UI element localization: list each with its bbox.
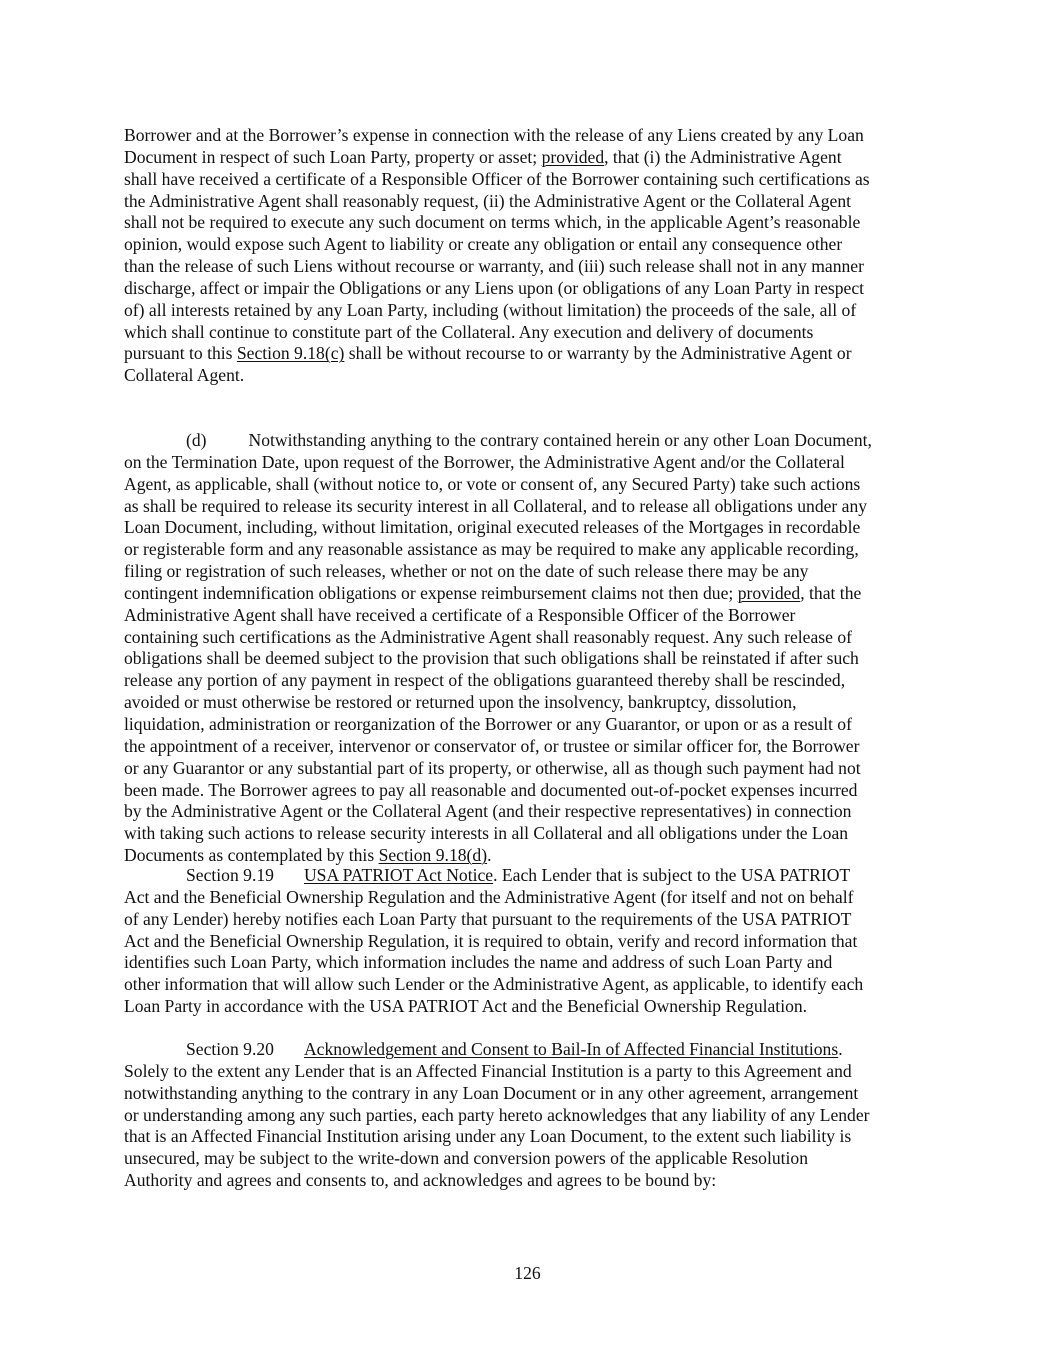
section-heading: USA PATRIOT Act Notice (304, 865, 493, 885)
text-run: Solely to the extent any Lender that is … (124, 1061, 852, 1081)
text-run: filing or registration of such releases,… (124, 561, 808, 581)
text-line: filing or registration of such releases,… (124, 561, 934, 583)
text-line: containing such certifications as the Ad… (124, 627, 934, 649)
document-page: Borrower and at the Borrower’s expense i… (0, 0, 1055, 1365)
text-run: Loan Party in accordance with the USA PA… (124, 996, 807, 1016)
text-line: contingent indemnification obligations o… (124, 583, 934, 605)
text-line: of any Lender) hereby notifies each Loan… (124, 909, 934, 931)
section-number: Section 9.19 (186, 865, 274, 885)
text-line: Act and the Beneficial Ownership Regulat… (124, 887, 934, 909)
text-run: as shall be required to release its secu… (124, 496, 867, 516)
text-run: Document in respect of such Loan Party, … (124, 147, 542, 167)
text-line: or any Guarantor or any substantial part… (124, 758, 934, 780)
text-run: shall have received a certificate of a R… (124, 169, 870, 189)
text-run: unsecured, may be subject to the write-d… (124, 1148, 808, 1168)
text-line: Solely to the extent any Lender that is … (124, 1061, 934, 1083)
text-run: release any portion of any payment in re… (124, 670, 845, 690)
text-run: identifies such Loan Party, which inform… (124, 952, 832, 972)
section-9-20-heading-line: Section 9.20Acknowledgement and Consent … (124, 1039, 934, 1061)
text-run: or understanding among any such parties,… (124, 1105, 870, 1125)
text-line: Authority and agrees and consents to, an… (124, 1170, 934, 1192)
text-run: Documents as contemplated by this (124, 845, 379, 865)
clause-label: (d) (186, 430, 207, 450)
text-run: that is an Affected Financial Institutio… (124, 1126, 851, 1146)
text-run: notwithstanding anything to the contrary… (124, 1083, 858, 1103)
text-line: unsecured, may be subject to the write-d… (124, 1148, 934, 1170)
text-run: shall not be required to execute any suc… (124, 212, 860, 232)
text-run: avoided or must otherwise be restored or… (124, 692, 796, 712)
text-line: identifies such Loan Party, which inform… (124, 952, 934, 974)
text-run: than the release of such Liens without r… (124, 256, 864, 276)
text-run: discharge, affect or impair the Obligati… (124, 278, 864, 298)
text-run: the Administrative Agent shall reasonabl… (124, 191, 851, 211)
text-run: liquidation, administration or reorganiz… (124, 714, 852, 734)
text-line: Documents as contemplated by this Sectio… (124, 845, 934, 867)
section-number: Section 9.20 (186, 1039, 274, 1059)
text-run: , that the (800, 583, 861, 603)
text-line: opinion, would expose such Agent to liab… (124, 234, 934, 256)
text-line: obligations shall be deemed subject to t… (124, 648, 934, 670)
text-line: liquidation, administration or reorganiz… (124, 714, 934, 736)
text-line: discharge, affect or impair the Obligati… (124, 278, 934, 300)
text-line: by the Administrative Agent or the Colla… (124, 801, 934, 823)
text-run: or registerable form and any reasonable … (124, 539, 859, 559)
text-line: notwithstanding anything to the contrary… (124, 1083, 934, 1105)
cross-reference-link: Section 9.18(d) (379, 845, 487, 865)
text-line: or registerable form and any reasonable … (124, 539, 934, 561)
text-run: containing such certifications as the Ad… (124, 627, 852, 647)
text-run: Borrower and at the Borrower’s expense i… (124, 125, 864, 145)
text-line: shall have received a certificate of a R… (124, 169, 934, 191)
section-9-19-usa-patriot: Section 9.19USA PATRIOT Act Notice. Each… (124, 865, 934, 1018)
text-run: of) all interests retained by any Loan P… (124, 300, 856, 320)
defined-term-underlined: provided (542, 147, 605, 167)
text-line: the appointment of a receiver, interveno… (124, 736, 934, 758)
text-run: which shall continue to constitute part … (124, 322, 813, 342)
text-line: Document in respect of such Loan Party, … (124, 147, 934, 169)
text-run: obligations shall be deemed subject to t… (124, 648, 859, 668)
text-run: or any Guarantor or any substantial part… (124, 758, 861, 778)
text-line: been made. The Borrower agrees to pay al… (124, 780, 934, 802)
section-9-20-bail-in: Section 9.20Acknowledgement and Consent … (124, 1039, 934, 1192)
text-run: Collateral Agent. (124, 365, 244, 385)
text-run: contingent indemnification obligations o… (124, 583, 738, 603)
text-run: , that (i) the Administrative Agent (604, 147, 841, 167)
text-run: other information that will allow such L… (124, 974, 863, 994)
text-line: shall not be required to execute any suc… (124, 212, 934, 234)
paragraph-d-first-line: (d)Notwithstanding anything to the contr… (124, 430, 934, 452)
text-run: Loan Document, including, without limita… (124, 517, 860, 537)
text-line: Act and the Beneficial Ownership Regulat… (124, 931, 934, 953)
text-run: opinion, would expose such Agent to liab… (124, 234, 842, 254)
text-line: avoided or must otherwise be restored or… (124, 692, 934, 714)
text-run: the appointment of a receiver, interveno… (124, 736, 859, 756)
text-run: on the Termination Date, upon request of… (124, 452, 845, 472)
text-line: which shall continue to constitute part … (124, 322, 934, 344)
defined-term-underlined: provided (738, 583, 801, 603)
text-run: . (487, 845, 491, 865)
text-line: that is an Affected Financial Institutio… (124, 1126, 934, 1148)
text-run: with taking such actions to release secu… (124, 823, 848, 843)
text-line: with taking such actions to release secu… (124, 823, 934, 845)
text-line: Loan Document, including, without limita… (124, 517, 934, 539)
text-line: on the Termination Date, upon request of… (124, 452, 934, 474)
text-run: Agent, as applicable, shall (without not… (124, 474, 860, 494)
text-run: shall be without recourse to or warranty… (344, 343, 851, 363)
cross-reference-link: Section 9.18(c) (237, 343, 345, 363)
text-run: Authority and agrees and consents to, an… (124, 1170, 716, 1190)
section-9-19-heading-line: Section 9.19USA PATRIOT Act Notice. Each… (124, 865, 934, 887)
text-line: Borrower and at the Borrower’s expense i… (124, 125, 934, 147)
text-line: Collateral Agent. (124, 365, 934, 387)
paragraph-d-termination-release: (d)Notwithstanding anything to the contr… (124, 430, 934, 867)
text-line: or understanding among any such parties,… (124, 1105, 934, 1127)
text-run: by the Administrative Agent or the Colla… (124, 801, 851, 821)
text-run: Administrative Agent shall have received… (124, 605, 795, 625)
text-line: of) all interests retained by any Loan P… (124, 300, 934, 322)
text-run: of any Lender) hereby notifies each Loan… (124, 909, 851, 929)
text-line: other information that will allow such L… (124, 974, 934, 996)
text-line: release any portion of any payment in re… (124, 670, 934, 692)
page-number: 126 (0, 1262, 1055, 1284)
text-line: as shall be required to release its secu… (124, 496, 934, 518)
text-line: Loan Party in accordance with the USA PA… (124, 996, 934, 1018)
text-run: Act and the Beneficial Ownership Regulat… (124, 887, 853, 907)
text-run: pursuant to this (124, 343, 237, 363)
text-line: Agent, as applicable, shall (without not… (124, 474, 934, 496)
text-line: the Administrative Agent shall reasonabl… (124, 191, 934, 213)
section-heading: Acknowledgement and Consent to Bail-In o… (304, 1039, 838, 1059)
text-line: pursuant to this Section 9.18(c) shall b… (124, 343, 934, 365)
text-line: Administrative Agent shall have received… (124, 605, 934, 627)
text-run: been made. The Borrower agrees to pay al… (124, 780, 857, 800)
text-line: than the release of such Liens without r… (124, 256, 934, 278)
text-run: Act and the Beneficial Ownership Regulat… (124, 931, 857, 951)
paragraph-release-continuation: Borrower and at the Borrower’s expense i… (124, 125, 934, 387)
